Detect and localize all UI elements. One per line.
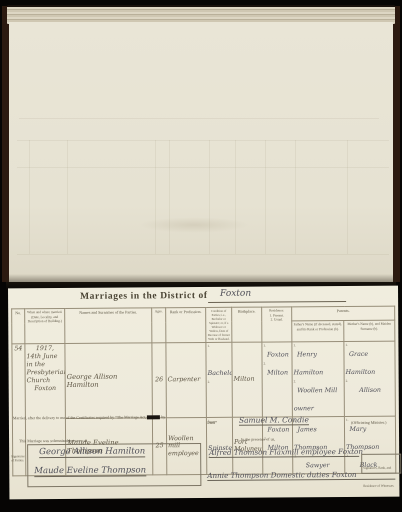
ghost-line: [19, 118, 379, 119]
bride-signature: Maude Eveline Thompson: [34, 465, 146, 477]
groom-age: 26: [152, 343, 167, 418]
printed-1: 1.: [207, 344, 210, 348]
parties-bracket-label: Signatures of Parties.: [11, 454, 26, 462]
printed-1: 1.: [345, 343, 348, 347]
presence-label: In the presence of us,: [241, 436, 275, 441]
ghost-line: [265, 140, 266, 254]
ghost-line: [17, 140, 389, 141]
bride-birthplace: Port Molyneux: [232, 417, 262, 474]
ghost-line: [17, 254, 389, 255]
bride-father: 1.James Thompson 2.Sawyer: [292, 417, 344, 474]
district-underline: [208, 301, 346, 303]
col-header-mother: Mother's Name (b), and Maiden Surname (b…: [344, 321, 395, 342]
bride-condition: 1.Spinster 2.: [206, 418, 232, 475]
entry-locality: Foxton: [27, 385, 64, 393]
groom-residence: 1.Foxton 2.Milton: [262, 342, 293, 417]
ghost-line: [295, 140, 296, 254]
col-header-when-where: When and where married. (Date, Locality,…: [25, 308, 65, 344]
groom-residence-present: Foxton: [267, 352, 289, 359]
entry-building: Presbyterian Church: [27, 369, 64, 385]
form-title: Marriages in the District of: [80, 291, 208, 302]
printed-1: 1.: [263, 344, 266, 348]
groom-father-rank: Woollen Mill owner: [294, 387, 337, 412]
redaction-mark: [147, 415, 160, 420]
col-header-no: No.: [12, 309, 25, 344]
officiating-minister-label: (Officiating Minister.): [351, 420, 387, 425]
groom-condition: 1.Bachelor 2.: [206, 343, 233, 418]
groom-father: 1.Henry Hamilton 2.Woollen Mill owner: [292, 342, 345, 417]
col-header-rank: Rank or Profession.: [166, 307, 206, 343]
col-header-birthplace: Birthplace.: [232, 307, 262, 343]
groom-mother-name: Grace Hamilton: [346, 351, 376, 376]
groom-mother: 1.Grace Hamilton 2.Allison: [344, 342, 396, 417]
groom-residence-usual: Milton: [267, 370, 288, 377]
printed-2: 2.: [264, 362, 267, 366]
residence-present-label: 1. Present.: [270, 313, 284, 317]
printed-2: 2.: [346, 379, 349, 383]
witness-note-box: Signatures, Rank, and Residence of Witne…: [361, 454, 401, 474]
ghost-line: [67, 140, 68, 254]
district-name-handwritten: Foxton: [220, 289, 251, 299]
col-header-parents: Parents.: [292, 306, 395, 321]
groom-condition-value: Bachelor: [208, 370, 233, 377]
bride-residence-present: Foxton: [268, 427, 290, 434]
groom-signature: George Allison Hamilton: [39, 446, 145, 458]
witness-note-label: Signatures, Rank, and Residence of Witne…: [363, 466, 394, 488]
ghost-line: [155, 140, 156, 254]
minister-signature: Samuel M. Condie: [239, 415, 309, 425]
groom-rank: Carpenter: [166, 343, 207, 418]
bride-residence: 1.Foxton 2.Milton: [262, 417, 292, 474]
printed-2: 2.: [208, 380, 211, 384]
ghost-line: [235, 140, 236, 254]
groom-row: 54 1917, 14th June in the Presbyterian C…: [12, 342, 396, 420]
act-year: 1908”: [207, 420, 217, 425]
faint-ink-showthrough: [139, 217, 249, 233]
groom-father-name: Henry Hamilton: [294, 352, 324, 377]
ghost-line: [347, 140, 348, 254]
col-header-condition: Condition of Parties; i.e., Bachelor or …: [206, 307, 232, 343]
ghost-line: [29, 140, 30, 254]
col-header-father: Father's Name (if deceased, stated), and…: [292, 321, 344, 342]
printed-1: 1.: [293, 344, 296, 348]
col-header-ages: Ages.: [152, 308, 166, 343]
ghost-line: [17, 167, 389, 168]
bride-father-rank: Sawyer: [306, 462, 330, 469]
photographed-marriage-register: Marriages in the District of Foxton No. …: [0, 0, 402, 512]
printed-2: 2.: [294, 380, 297, 384]
groom-birthplace: Milton: [232, 342, 263, 417]
witness-signature-1: Alfred Thomson Flaxmill employee Foxton: [209, 447, 359, 458]
upper-blank-page: [9, 22, 393, 282]
col-header-residence: Residence: 1. Present. 2. Usual.: [262, 307, 292, 343]
ghost-line: [169, 140, 170, 254]
ghost-line: [209, 140, 210, 254]
printed-1: 1.: [346, 418, 349, 422]
groom-mother-maiden: Allison: [359, 387, 381, 394]
residence-label: Residence:: [269, 308, 284, 312]
col-header-names: Names and Surnames of the Parties.: [65, 308, 152, 344]
certification-text-start: Married, after the delivery to me of the…: [13, 414, 146, 420]
solemnized-label: This Marriage was solemnized between us,: [19, 438, 88, 443]
certification-text-end: by: [161, 414, 165, 419]
residence-usual-label: 2. Usual.: [271, 318, 283, 322]
marriage-register-page: Marriages in the District of Foxton No. …: [8, 286, 399, 500]
groom-name: George Allison Hamilton: [65, 343, 153, 419]
